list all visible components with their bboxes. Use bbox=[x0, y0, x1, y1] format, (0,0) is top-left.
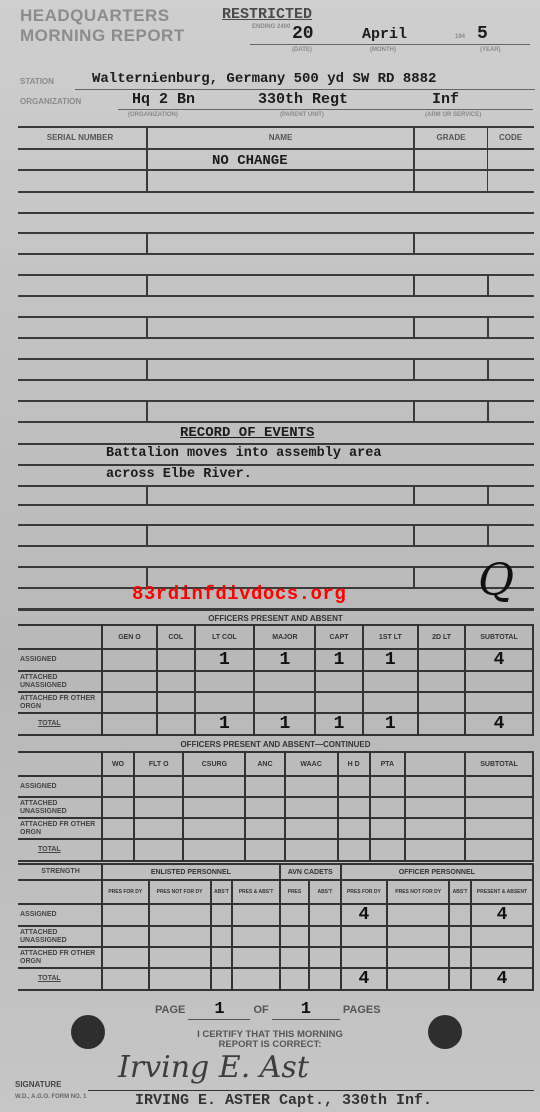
divider bbox=[413, 358, 415, 379]
cell bbox=[245, 797, 284, 818]
report-month: April bbox=[362, 26, 407, 43]
col-csurg: CSURG bbox=[183, 752, 245, 776]
cell bbox=[309, 968, 341, 990]
cell: 1 bbox=[195, 649, 255, 671]
cell: 4 bbox=[465, 713, 533, 735]
cell bbox=[280, 968, 309, 990]
signature-label: SIGNATURE bbox=[15, 1080, 62, 1089]
cell: 4 bbox=[341, 904, 388, 926]
row-label: ATTACHED FR OTHER ORGN bbox=[18, 692, 102, 713]
strength-group-row: STRENGTH ENLISTED PERSONNEL AVN CADETS O… bbox=[18, 864, 533, 880]
strength-label: STRENGTH bbox=[18, 864, 102, 880]
cell bbox=[449, 926, 471, 947]
binder-hole-right bbox=[428, 1015, 462, 1049]
cell: 1 bbox=[315, 713, 362, 735]
cell bbox=[102, 904, 149, 926]
binder-hole-left bbox=[71, 1015, 105, 1049]
of-label: OF bbox=[253, 1004, 268, 1016]
cell bbox=[309, 904, 341, 926]
page-count: PAGE 1 OF 1 PAGES bbox=[155, 1000, 381, 1020]
divider bbox=[413, 524, 415, 545]
cell bbox=[232, 926, 279, 947]
rule bbox=[18, 608, 534, 611]
cell bbox=[341, 926, 388, 947]
col-pres-for-dy: PRES FOR DY bbox=[102, 880, 149, 904]
row-label: TOTAL bbox=[18, 839, 102, 861]
row-label: ASSIGNED bbox=[18, 649, 102, 671]
cell bbox=[370, 797, 405, 818]
table-row: TOTAL 1 1 1 1 4 bbox=[18, 713, 533, 735]
rule bbox=[18, 148, 534, 150]
cell bbox=[418, 692, 465, 713]
officers-continued-title: OFFICERS PRESENT AND ABSENT—CONTINUED bbox=[18, 740, 533, 749]
cell bbox=[134, 776, 183, 797]
divider bbox=[487, 127, 488, 191]
col-pres-and-abst: PRES & ABS'T bbox=[232, 880, 279, 904]
cell bbox=[405, 818, 465, 839]
cell bbox=[102, 671, 157, 692]
divider bbox=[146, 358, 148, 379]
watermark: 83rdinfdivdocs.org bbox=[132, 583, 346, 605]
morning-report-page: HEADQUARTERS MORNING REPORT RESTRICTED E… bbox=[0, 0, 540, 1112]
row-label: ATTACHED FR OTHER ORGN bbox=[18, 818, 102, 839]
col-major: MAJOR bbox=[254, 625, 315, 649]
rule bbox=[18, 464, 534, 466]
col-abst: ABS'T bbox=[211, 880, 233, 904]
rule bbox=[18, 274, 534, 276]
cell bbox=[405, 839, 465, 861]
col-blank bbox=[405, 752, 465, 776]
cell bbox=[387, 904, 449, 926]
record-of-events-line-1: Battalion moves into assembly area bbox=[106, 446, 381, 461]
rule bbox=[18, 443, 534, 445]
officers-section-title: OFFICERS PRESENT AND ABSENT bbox=[18, 614, 533, 623]
col-2d-lt: 2D LT bbox=[418, 625, 465, 649]
rule bbox=[18, 337, 534, 339]
cell bbox=[232, 968, 279, 990]
officers-continued-header-row: WO FLT O CSURG ANC WAAC H D PTA SUBTOTAL bbox=[18, 752, 533, 776]
col-gen-o: GEN O bbox=[102, 625, 157, 649]
cell bbox=[211, 926, 233, 947]
divider bbox=[413, 127, 415, 191]
table-row: ATTACHED UNASSIGNED bbox=[18, 926, 533, 947]
cell bbox=[465, 797, 533, 818]
table-row: TOTAL bbox=[18, 839, 533, 861]
cell bbox=[387, 926, 449, 947]
rule bbox=[18, 191, 534, 193]
cell: 4 bbox=[471, 968, 533, 990]
divider bbox=[487, 485, 489, 504]
certify-line-2: REPORT IS CORRECT: bbox=[150, 1040, 390, 1050]
cell bbox=[134, 797, 183, 818]
divider bbox=[413, 274, 415, 295]
station-underline bbox=[75, 89, 535, 90]
cell bbox=[465, 692, 533, 713]
cell bbox=[285, 776, 338, 797]
rule bbox=[18, 169, 534, 171]
cell bbox=[280, 904, 309, 926]
roster-top-rule bbox=[18, 126, 534, 128]
year-caption: (YEAR) bbox=[480, 47, 501, 53]
divider bbox=[413, 316, 415, 337]
cell bbox=[363, 692, 419, 713]
station-label: STATION bbox=[20, 77, 54, 86]
divider bbox=[146, 274, 148, 295]
divider bbox=[487, 400, 489, 421]
organization-label: ORGANIZATION bbox=[20, 97, 81, 106]
divider bbox=[487, 316, 489, 337]
col-cadet-pres: PRES bbox=[280, 880, 309, 904]
divider bbox=[146, 485, 148, 504]
table-row: ATTACHED FR OTHER ORGN bbox=[18, 818, 533, 839]
day-caption: (DATE) bbox=[292, 47, 312, 53]
rule bbox=[18, 295, 534, 297]
col-flt-o: FLT O bbox=[134, 752, 183, 776]
rule bbox=[18, 212, 534, 214]
cell bbox=[102, 818, 134, 839]
organization-parent: 330th Regt bbox=[258, 91, 348, 108]
record-of-events-title: RECORD OF EVENTS bbox=[180, 425, 314, 441]
organization-arm: Inf bbox=[432, 91, 459, 108]
divider bbox=[413, 400, 415, 421]
cell bbox=[102, 776, 134, 797]
group-officer-personnel: OFFICER PERSONNEL bbox=[341, 864, 533, 880]
rule bbox=[18, 379, 534, 381]
cell bbox=[183, 776, 245, 797]
col-off-pres-for-dy: PRES FOR DY bbox=[341, 880, 388, 904]
divider bbox=[487, 524, 489, 545]
signer-name: IRVING E. ASTER Capt., 330th Inf. bbox=[135, 1092, 432, 1109]
initials-mark: Q bbox=[478, 555, 514, 606]
year-prefix: 194 bbox=[455, 34, 465, 40]
cell bbox=[157, 692, 195, 713]
col-1st-lt: 1ST LT bbox=[363, 625, 419, 649]
title-headquarters: HEADQUARTERS bbox=[20, 6, 185, 26]
table-row: ATTACHED UNASSIGNED bbox=[18, 797, 533, 818]
divider bbox=[487, 358, 489, 379]
cell bbox=[280, 947, 309, 968]
rule bbox=[18, 545, 534, 547]
cell bbox=[338, 839, 370, 861]
cell bbox=[280, 926, 309, 947]
record-of-events-line-2: across Elbe River. bbox=[106, 467, 252, 482]
cell bbox=[418, 713, 465, 735]
cell bbox=[102, 926, 149, 947]
cell bbox=[465, 776, 533, 797]
cell: 1 bbox=[254, 713, 315, 735]
rule bbox=[18, 316, 534, 318]
cell: 4 bbox=[465, 649, 533, 671]
cell: 4 bbox=[471, 904, 533, 926]
date-underline bbox=[250, 44, 530, 45]
row-label-spacer bbox=[18, 752, 102, 776]
cell bbox=[211, 904, 233, 926]
cell bbox=[149, 926, 211, 947]
cell bbox=[418, 649, 465, 671]
divider bbox=[413, 566, 415, 587]
page-label: PAGE bbox=[155, 1004, 185, 1016]
col-serial-number: SERIAL NUMBER bbox=[20, 133, 140, 142]
cell: 1 bbox=[195, 713, 255, 735]
col-capt: CAPT bbox=[315, 625, 362, 649]
row-label: ASSIGNED bbox=[18, 904, 102, 926]
rule bbox=[18, 504, 534, 506]
total-pages: 1 bbox=[272, 1000, 340, 1020]
cell bbox=[309, 947, 341, 968]
cell: 1 bbox=[363, 649, 419, 671]
cell bbox=[465, 671, 533, 692]
rule bbox=[18, 358, 534, 360]
divider bbox=[146, 524, 148, 545]
cell bbox=[102, 968, 149, 990]
divider bbox=[146, 127, 148, 191]
table-row: ATTACHED FR OTHER ORGN bbox=[18, 947, 533, 968]
table-row: TOTAL 4 4 bbox=[18, 968, 533, 990]
col-anc: ANC bbox=[245, 752, 284, 776]
col-grade: GRADE bbox=[415, 133, 487, 142]
group-avn-cadets: AVN CADETS bbox=[280, 864, 341, 880]
station-value: Walternienburg, Germany 500 yd SW RD 888… bbox=[92, 71, 436, 87]
cell bbox=[449, 904, 471, 926]
cell bbox=[449, 968, 471, 990]
cell: 1 bbox=[363, 713, 419, 735]
col-subtotal: SUBTOTAL bbox=[465, 752, 533, 776]
classification-stamp: RESTRICTED bbox=[222, 6, 312, 23]
cell bbox=[471, 947, 533, 968]
row-label: TOTAL bbox=[18, 713, 102, 735]
divider bbox=[487, 274, 489, 295]
cell bbox=[195, 692, 255, 713]
row-label: ATTACHED UNASSIGNED bbox=[18, 797, 102, 818]
col-present-and-absent: PRESENT & ABSENT bbox=[471, 880, 533, 904]
row-label-spacer bbox=[18, 880, 102, 904]
cell bbox=[338, 818, 370, 839]
col-cadet-abst: ABS'T bbox=[309, 880, 341, 904]
cell bbox=[285, 818, 338, 839]
cell bbox=[370, 839, 405, 861]
officers-header-row: GEN O COL LT COL MAJOR CAPT 1ST LT 2D LT… bbox=[18, 625, 533, 649]
group-enlisted-personnel: ENLISTED PERSONNEL bbox=[102, 864, 280, 880]
divider bbox=[413, 485, 415, 504]
cell bbox=[405, 776, 465, 797]
row-label-spacer bbox=[18, 625, 102, 649]
rule bbox=[18, 421, 534, 423]
certification-text: I CERTIFY THAT THIS MORNING REPORT IS CO… bbox=[150, 1030, 390, 1050]
row-label: ATTACHED UNASSIGNED bbox=[18, 671, 102, 692]
cell bbox=[315, 671, 362, 692]
cell bbox=[245, 839, 284, 861]
table-row: ASSIGNED 1 1 1 1 4 bbox=[18, 649, 533, 671]
cell bbox=[102, 797, 134, 818]
cell bbox=[405, 797, 465, 818]
cell bbox=[102, 713, 157, 735]
row-label: ATTACHED FR OTHER ORGN bbox=[18, 947, 102, 968]
cell bbox=[102, 839, 134, 861]
cell bbox=[183, 797, 245, 818]
cell bbox=[183, 818, 245, 839]
divider bbox=[146, 232, 148, 253]
col-subtotal: SUBTOTAL bbox=[465, 625, 533, 649]
report-year: 5 bbox=[477, 24, 488, 44]
cell bbox=[465, 839, 533, 861]
month-caption: (MONTH) bbox=[370, 47, 396, 53]
table-row: ASSIGNED bbox=[18, 776, 533, 797]
pages-label: PAGES bbox=[343, 1004, 381, 1016]
cell bbox=[195, 671, 255, 692]
rule bbox=[18, 566, 534, 568]
cell bbox=[149, 968, 211, 990]
cell bbox=[245, 776, 284, 797]
cell bbox=[232, 947, 279, 968]
cell bbox=[465, 818, 533, 839]
cell bbox=[157, 649, 195, 671]
cell bbox=[341, 947, 388, 968]
cell bbox=[102, 649, 157, 671]
unit-caption: (ORGANIZATION) bbox=[128, 112, 178, 118]
form-title: HEADQUARTERS MORNING REPORT bbox=[20, 6, 185, 46]
cell bbox=[211, 968, 233, 990]
col-col: COL bbox=[157, 625, 195, 649]
cell bbox=[232, 904, 279, 926]
cell bbox=[309, 926, 341, 947]
cell bbox=[211, 947, 233, 968]
officers-continued-table: WO FLT O CSURG ANC WAAC H D PTA SUBTOTAL… bbox=[18, 751, 534, 862]
rule bbox=[18, 232, 534, 234]
cell bbox=[363, 671, 419, 692]
table-row: ATTACHED FR OTHER ORGN bbox=[18, 692, 533, 713]
cell bbox=[370, 818, 405, 839]
cell bbox=[102, 692, 157, 713]
rule bbox=[18, 400, 534, 402]
organization-underline bbox=[118, 109, 533, 110]
col-off-abst: ABS'T bbox=[449, 880, 471, 904]
handwritten-signature: Irving E. Ast bbox=[118, 1050, 309, 1085]
col-lt-col: LT COL bbox=[195, 625, 255, 649]
table-row: ATTACHED UNASSIGNED bbox=[18, 671, 533, 692]
report-day: 20 bbox=[292, 24, 314, 44]
page-number: 1 bbox=[188, 1000, 250, 1020]
cell bbox=[338, 797, 370, 818]
cell bbox=[134, 839, 183, 861]
form-note: W.D., A.G.O. FORM NO. 1 bbox=[15, 1094, 86, 1100]
cell bbox=[254, 671, 315, 692]
rule bbox=[18, 253, 534, 255]
cell bbox=[387, 968, 449, 990]
row-label: ASSIGNED bbox=[18, 776, 102, 797]
col-name: NAME bbox=[148, 133, 413, 142]
cell bbox=[254, 692, 315, 713]
strength-header-row: PRES FOR DY PRES NOT FOR DY ABS'T PRES &… bbox=[18, 880, 533, 904]
cell: 1 bbox=[254, 649, 315, 671]
cell bbox=[285, 839, 338, 861]
cell bbox=[315, 692, 362, 713]
rule bbox=[18, 485, 534, 487]
col-pta: PTA bbox=[370, 752, 405, 776]
cell: 1 bbox=[315, 649, 362, 671]
strength-table: STRENGTH ENLISTED PERSONNEL AVN CADETS O… bbox=[18, 863, 534, 991]
divider bbox=[146, 316, 148, 337]
col-code: CODE bbox=[488, 133, 533, 142]
cell bbox=[338, 776, 370, 797]
col-waac: WAAC bbox=[285, 752, 338, 776]
cell bbox=[285, 797, 338, 818]
cell bbox=[157, 671, 195, 692]
col-hd: H D bbox=[338, 752, 370, 776]
cell bbox=[245, 818, 284, 839]
cell bbox=[149, 947, 211, 968]
cell bbox=[370, 776, 405, 797]
cell bbox=[418, 671, 465, 692]
parent-caption: (PARENT UNIT) bbox=[280, 112, 324, 118]
divider bbox=[413, 232, 415, 253]
cell bbox=[387, 947, 449, 968]
cell bbox=[102, 947, 149, 968]
divider bbox=[146, 400, 148, 421]
cell bbox=[149, 904, 211, 926]
roster-entry: NO CHANGE bbox=[212, 153, 288, 169]
signature-line bbox=[88, 1090, 534, 1091]
arm-caption: (ARM OR SERVICE) bbox=[425, 112, 481, 118]
col-off-pres-not-for-dy: PRES NOT FOR DY bbox=[387, 880, 449, 904]
organization-unit: Hq 2 Bn bbox=[132, 91, 195, 108]
title-morning-report: MORNING REPORT bbox=[20, 26, 185, 46]
col-wo: WO bbox=[102, 752, 134, 776]
cell bbox=[471, 926, 533, 947]
col-pres-not-for-dy: PRES NOT FOR DY bbox=[149, 880, 211, 904]
rule bbox=[18, 524, 534, 526]
cell: 4 bbox=[341, 968, 388, 990]
row-label: ATTACHED UNASSIGNED bbox=[18, 926, 102, 947]
officers-table: GEN O COL LT COL MAJOR CAPT 1ST LT 2D LT… bbox=[18, 624, 534, 736]
cell bbox=[449, 947, 471, 968]
cell bbox=[157, 713, 195, 735]
row-label: TOTAL bbox=[18, 968, 102, 990]
ending-label: ENDING 2400 bbox=[252, 24, 290, 30]
cell bbox=[134, 818, 183, 839]
table-row: ASSIGNED 4 4 bbox=[18, 904, 533, 926]
cell bbox=[183, 839, 245, 861]
